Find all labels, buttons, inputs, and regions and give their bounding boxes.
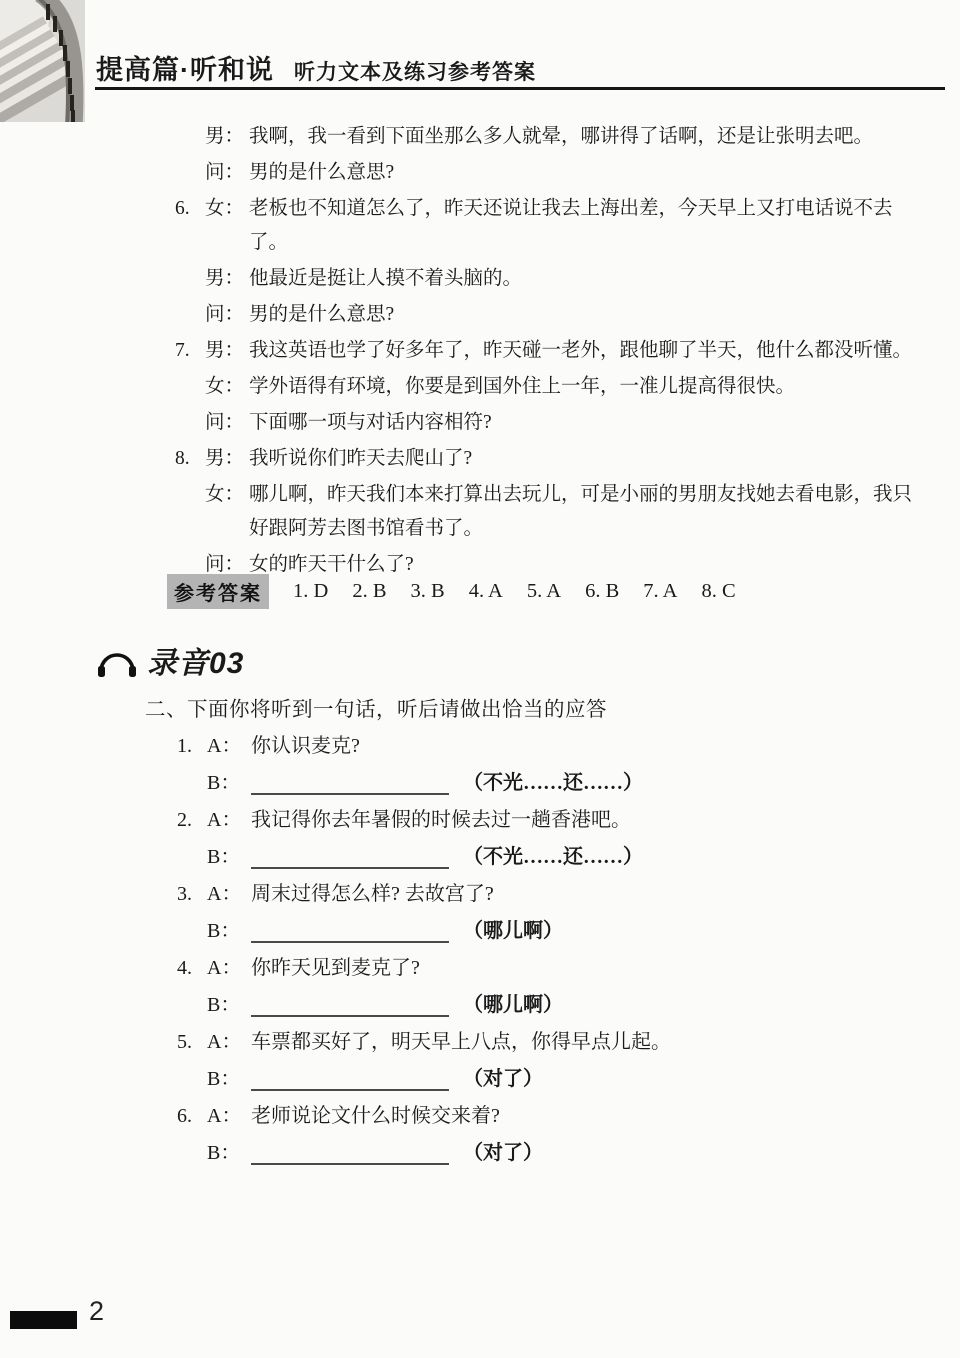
header-rule [95, 87, 945, 90]
answer-blank [251, 1137, 449, 1165]
dialogue-number [175, 406, 205, 440]
dialogue-list: 男： 我啊，我一看到下面坐那么多人就晕，哪讲得了话啊，还是让张明去吧。 问： 男… [175, 120, 923, 584]
dialogue-number [175, 478, 205, 546]
item-number: 3. [177, 878, 207, 910]
dialogue-speaker: 女： [205, 192, 249, 260]
exercise-b-row: B： （哪儿啊） [207, 989, 877, 1021]
section-title: 二、下面你将听到一句话，听后请做出恰当的应答 [145, 692, 607, 722]
dialogue-number [175, 156, 205, 190]
dialogue-speaker: 男： [205, 334, 249, 368]
exercise-item: 6. A： 老师说论文什么时候交来着? B： （对了） [177, 1100, 877, 1169]
exercise-a-row: 2. A： 我记得你去年暑假的时候去过一趟香港吧。 [177, 804, 877, 836]
dialogue-number [175, 298, 205, 332]
answer-item: 2. B [352, 580, 386, 603]
exercise-item: 4. A： 你昨天见到麦克了? B： （哪儿啊） [177, 952, 877, 1021]
exercise-item: 3. A： 周末过得怎么样? 去故宫了? B： （哪儿啊） [177, 878, 877, 947]
question-text: 老师说论文什么时候交来着? [251, 1100, 877, 1132]
dialogue-number: 8. [175, 442, 205, 476]
exercise-a-row: 6. A： 老师说论文什么时候交来着? [177, 1100, 877, 1132]
item-number: 5. [177, 1026, 207, 1058]
answer-item: 8. C [701, 580, 735, 603]
speaker-b-label: B： [207, 989, 251, 1021]
exercise-item: 1. A： 你认识麦克? B： （不光……还……） [177, 730, 877, 799]
dialogue-text: 下面哪一项与对话内容相符? [249, 406, 923, 440]
exercise-b-row: B： （对了） [207, 1063, 877, 1095]
exercise-a-row: 4. A： 你昨天见到麦克了? [177, 952, 877, 984]
dialogue-text: 哪儿啊，昨天我们本来打算出去玩儿，可是小丽的男朋友找她去看电影，我只好跟阿芳去图… [249, 478, 923, 546]
item-number: 2. [177, 804, 207, 836]
item-number: 4. [177, 952, 207, 984]
dialogue-speaker: 男： [205, 120, 249, 154]
staircase-photo [0, 0, 85, 122]
speaker-a-label: A： [207, 1026, 251, 1058]
page-header: 提高篇·听和说 听力文本及练习参考答案 [96, 48, 536, 87]
dialogue-text: 男的是什么意思? [249, 156, 923, 190]
answers-label: 参考答案 [167, 574, 269, 609]
speaker-b-label: B： [207, 767, 251, 799]
series-title: 提高篇·听和说 [96, 48, 274, 87]
speaker-a-label: A： [207, 1100, 251, 1132]
speaker-a-label: A： [207, 952, 251, 984]
speaker-a-label: A： [207, 878, 251, 910]
question-text: 车票都买好了，明天早上八点，你得早点儿起。 [251, 1026, 877, 1058]
dialogue-speaker: 女： [205, 370, 249, 404]
dialogue-speaker: 男： [205, 262, 249, 296]
dialogue-row: 8. 男： 我听说你们昨天去爬山了? [175, 442, 923, 476]
dialogue-row: 女： 哪儿啊，昨天我们本来打算出去玩儿，可是小丽的男朋友找她去看电影，我只好跟阿… [175, 478, 923, 546]
dialogue-number: 7. [175, 334, 205, 368]
dialogue-speaker: 女： [205, 478, 249, 546]
speaker-b-label: B： [207, 915, 251, 947]
dialogue-speaker: 问： [205, 298, 249, 332]
footer-bar [10, 1311, 77, 1329]
answers-section: 参考答案 1. D 2. B 3. B 4. A 5. A 6. B 7. A … [167, 574, 736, 609]
dialogue-number [175, 262, 205, 296]
headphones-icon [95, 640, 139, 680]
dialogue-row: 女： 学外语得有环境，你要是到国外住上一年，一准儿提高得很快。 [175, 370, 923, 404]
speaker-a-label: A： [207, 804, 251, 836]
answer-blank [251, 915, 449, 943]
dialogue-text: 男的是什么意思? [249, 298, 923, 332]
speaker-b-label: B： [207, 1137, 251, 1169]
item-number: 6. [177, 1100, 207, 1132]
dialogue-row: 问： 下面哪一项与对话内容相符? [175, 406, 923, 440]
dialogue-row: 问： 男的是什么意思? [175, 298, 923, 332]
exercise-b-row: B： （不光……还……） [207, 841, 877, 873]
dialogue-speaker: 问： [205, 406, 249, 440]
dialogue-speaker: 问： [205, 156, 249, 190]
hint-text: （不光……还……） [463, 841, 643, 873]
answer-item: 4. A [469, 580, 503, 603]
dialogue-text: 我这英语也学了好多年了，昨天碰一老外，跟他聊了半天，他什么都没听懂。 [249, 334, 923, 368]
item-number: 1. [177, 730, 207, 762]
dialogue-row: 男： 我啊，我一看到下面坐那么多人就晕，哪讲得了话啊，还是让张明去吧。 [175, 120, 923, 154]
dialogue-row: 7. 男： 我这英语也学了好多年了，昨天碰一老外，跟他聊了半天，他什么都没听懂。 [175, 334, 923, 368]
exercise-a-row: 5. A： 车票都买好了，明天早上八点，你得早点儿起。 [177, 1026, 877, 1058]
hint-text: （哪儿啊） [463, 915, 563, 947]
dialogue-number [175, 370, 205, 404]
exercise-b-row: B： （不光……还……） [207, 767, 877, 799]
dialogue-speaker: 男： [205, 442, 249, 476]
exercise-item: 5. A： 车票都买好了，明天早上八点，你得早点儿起。 B： （对了） [177, 1026, 877, 1095]
answer-blank [251, 841, 449, 869]
exercise-a-row: 3. A： 周末过得怎么样? 去故宫了? [177, 878, 877, 910]
hint-text: （哪儿啊） [463, 989, 563, 1021]
speaker-b-label: B： [207, 1063, 251, 1095]
speaker-a-label: A： [207, 730, 251, 762]
exercise-list: 1. A： 你认识麦克? B： （不光……还……） 2. A： 我记得你去年暑假… [177, 730, 877, 1174]
question-text: 你认识麦克? [251, 730, 877, 762]
dialogue-text: 学外语得有环境，你要是到国外住上一年，一准儿提高得很快。 [249, 370, 923, 404]
dialogue-text: 我听说你们昨天去爬山了? [249, 442, 923, 476]
exercise-item: 2. A： 我记得你去年暑假的时候去过一趟香港吧。 B： （不光……还……） [177, 804, 877, 873]
answer-blank [251, 767, 449, 795]
answer-blank [251, 989, 449, 1017]
question-text: 我记得你去年暑假的时候去过一趟香港吧。 [251, 804, 877, 836]
hint-text: （对了） [463, 1063, 543, 1095]
dialogue-text: 我啊，我一看到下面坐那么多人就晕，哪讲得了话啊，还是让张明去吧。 [249, 120, 923, 154]
answer-item: 5. A [527, 580, 561, 603]
exercise-b-row: B： （哪儿啊） [207, 915, 877, 947]
dialogue-row: 问： 男的是什么意思? [175, 156, 923, 190]
answer-blank [251, 1063, 449, 1091]
speaker-b-label: B： [207, 841, 251, 873]
page-number: 2 [89, 1296, 104, 1327]
answer-item: 1. D [293, 580, 328, 603]
dialogue-number: 6. [175, 192, 205, 260]
answer-item: 7. A [643, 580, 677, 603]
dialogue-number [175, 120, 205, 154]
answer-item: 3. B [411, 580, 445, 603]
exercise-b-row: B： （对了） [207, 1137, 877, 1169]
exercise-a-row: 1. A： 你认识麦克? [177, 730, 877, 762]
dialogue-row: 6. 女： 老板也不知道怎么了，昨天还说让我去上海出差，今天早上又打电话说不去了… [175, 192, 923, 260]
hint-text: （不光……还……） [463, 767, 643, 799]
hint-text: （对了） [463, 1137, 543, 1169]
dialogue-text: 他最近是挺让人摸不着头脑的。 [249, 262, 923, 296]
recording-label: 录音03 [147, 638, 244, 682]
answer-item: 6. B [585, 580, 619, 603]
page-subtitle: 听力文本及练习参考答案 [294, 56, 536, 86]
dialogue-row: 男： 他最近是挺让人摸不着头脑的。 [175, 262, 923, 296]
dialogue-text: 老板也不知道怎么了，昨天还说让我去上海出差，今天早上又打电话说不去了。 [249, 192, 923, 260]
recording-heading: 录音03 [95, 638, 244, 682]
question-text: 你昨天见到麦克了? [251, 952, 877, 984]
question-text: 周末过得怎么样? 去故宫了? [251, 878, 877, 910]
